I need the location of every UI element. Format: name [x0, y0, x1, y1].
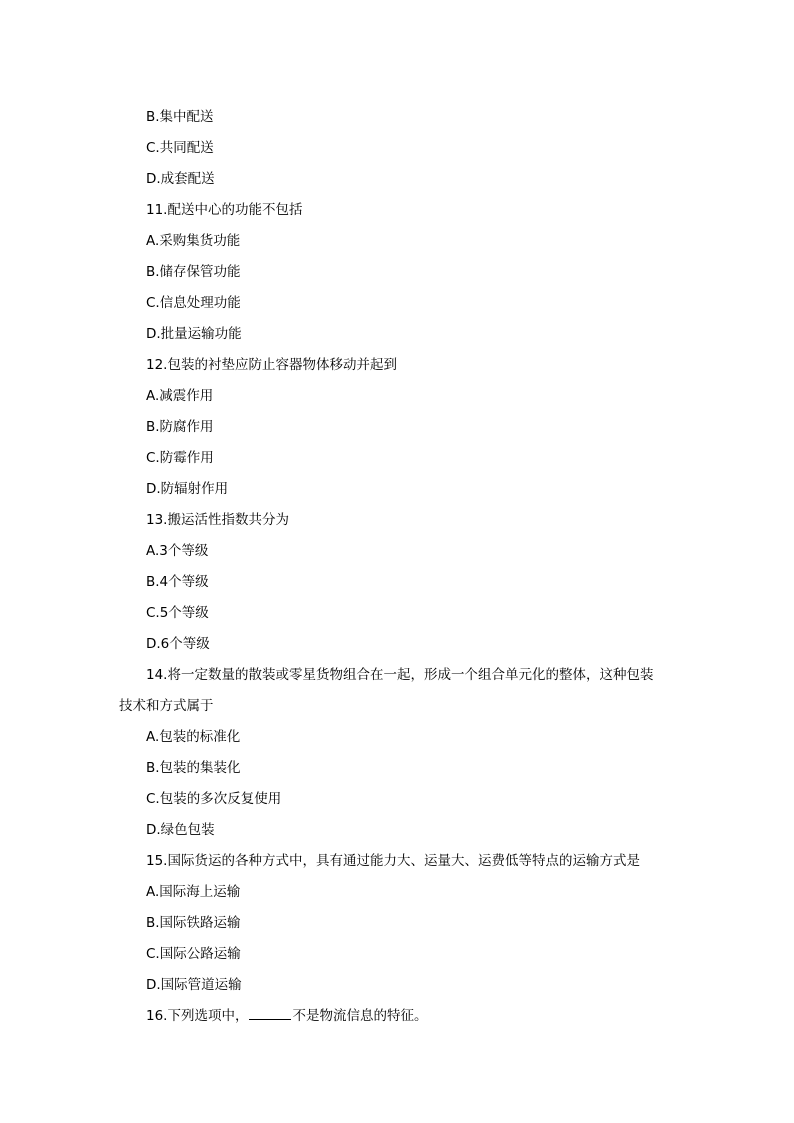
option-14-c: C.包装的多次反复使用: [119, 784, 679, 815]
option-13-b: B.4个等级: [119, 567, 679, 598]
question-14-continuation: 技术和方式属于: [119, 691, 679, 722]
option-11-d: D.批量运输功能: [119, 319, 679, 350]
option-13-d: D.6个等级: [119, 629, 679, 660]
option-15-c: C.国际公路运输: [119, 939, 679, 970]
question-11: 11.配送中心的功能不包括: [119, 195, 679, 226]
question-13: 13.搬运活性指数共分为: [119, 505, 679, 536]
question-14: 14.将一定数量的散装或零星货物组合在一起，形成一个组合单元化的整体，这种包装: [119, 660, 679, 691]
question-16: 16.下列选项中，不是物流信息的特征。: [119, 1001, 679, 1032]
option-11-b: B.储存保管功能: [119, 257, 679, 288]
option-11-a: A.采购集货功能: [119, 226, 679, 257]
option-14-d: D.绿色包装: [119, 815, 679, 846]
option-11-c: C.信息处理功能: [119, 288, 679, 319]
option-12-d: D.防辐射作用: [119, 474, 679, 505]
option-13-a: A.3个等级: [119, 536, 679, 567]
option-15-b: B.国际铁路运输: [119, 908, 679, 939]
option-13-c: C.5个等级: [119, 598, 679, 629]
option-10-b: B.集中配送: [119, 102, 679, 133]
option-14-b: B.包装的集装化: [119, 753, 679, 784]
option-10-c: C.共同配送: [119, 133, 679, 164]
question-12: 12.包装的衬垫应防止容器物体移动并起到: [119, 350, 679, 381]
question-16-prefix: 16.下列选项中，: [146, 1008, 248, 1024]
option-15-d: D.国际管道运输: [119, 970, 679, 1001]
option-12-a: A.减震作用: [119, 381, 679, 412]
answer-blank: [249, 1005, 291, 1020]
document-content: B.集中配送 C.共同配送 D.成套配送 11.配送中心的功能不包括 A.采购集…: [119, 102, 679, 1032]
option-10-d: D.成套配送: [119, 164, 679, 195]
question-16-suffix: 不是物流信息的特征。: [292, 1008, 427, 1024]
option-12-c: C.防霉作用: [119, 443, 679, 474]
document-page: B.集中配送 C.共同配送 D.成套配送 11.配送中心的功能不包括 A.采购集…: [0, 0, 794, 1123]
question-15: 15.国际货运的各种方式中，具有通过能力大、运量大、运费低等特点的运输方式是: [119, 846, 679, 877]
option-12-b: B.防腐作用: [119, 412, 679, 443]
option-14-a: A.包装的标准化: [119, 722, 679, 753]
option-15-a: A.国际海上运输: [119, 877, 679, 908]
